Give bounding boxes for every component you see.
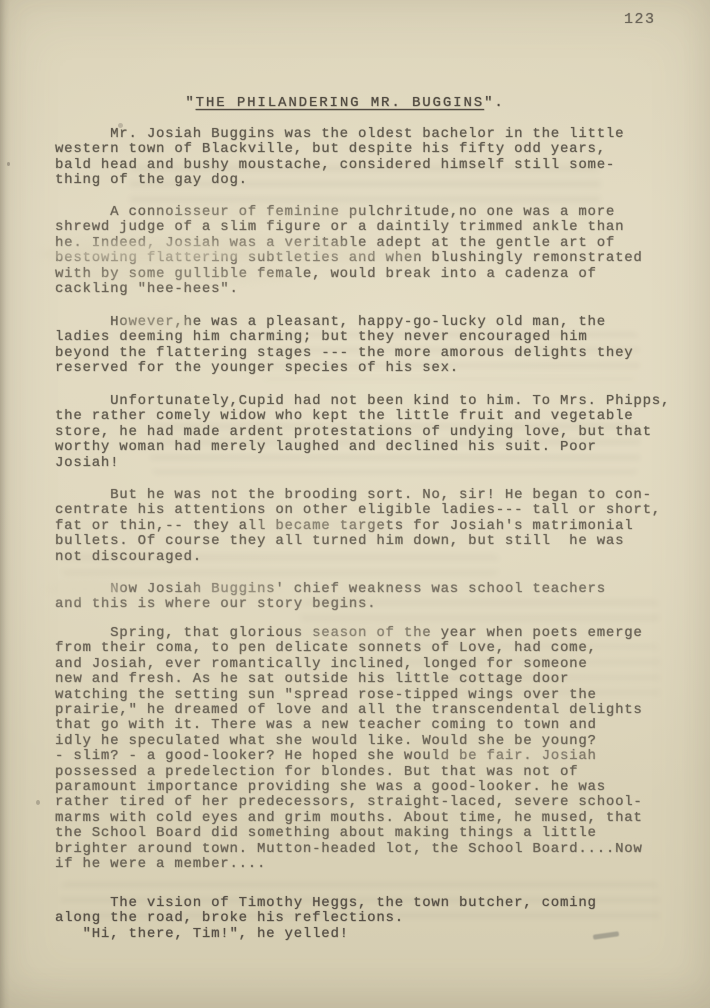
paragraph-4: Unfortunately,Cupid had not been kind to… (55, 394, 695, 471)
paragraph-3: However,he was a pleasant, happy-go-luck… (55, 315, 695, 377)
story-title: "THE PHILANDERING MR. BUGGINS". (0, 95, 690, 111)
paragraph-1: Mr. Josiah Buggins was the oldest bachel… (55, 127, 695, 189)
paragraph-6: Now Josiah Buggins' chief weakness was s… (55, 582, 695, 613)
ink-speck (36, 800, 40, 805)
paragraph-2: A connoisseur of feminine pulchritude,no… (55, 205, 695, 297)
typewritten-page: 123 "THE PHILANDERING MR. BUGGINS". Mr. … (0, 0, 710, 1008)
title-text: THE PHILANDERING MR. BUGGINS (196, 95, 484, 111)
paragraph-8: The vision of Timothy Heggs, the town bu… (55, 896, 695, 942)
title-close-quote: ". (484, 95, 505, 111)
page-number: 123 (624, 11, 656, 28)
title-open-quote: " (185, 95, 195, 111)
paragraph-5: But he was not the brooding sort. No, si… (55, 488, 695, 565)
ink-speck (7, 162, 10, 166)
paragraph-7: Spring, that glorious season of the year… (55, 626, 695, 873)
